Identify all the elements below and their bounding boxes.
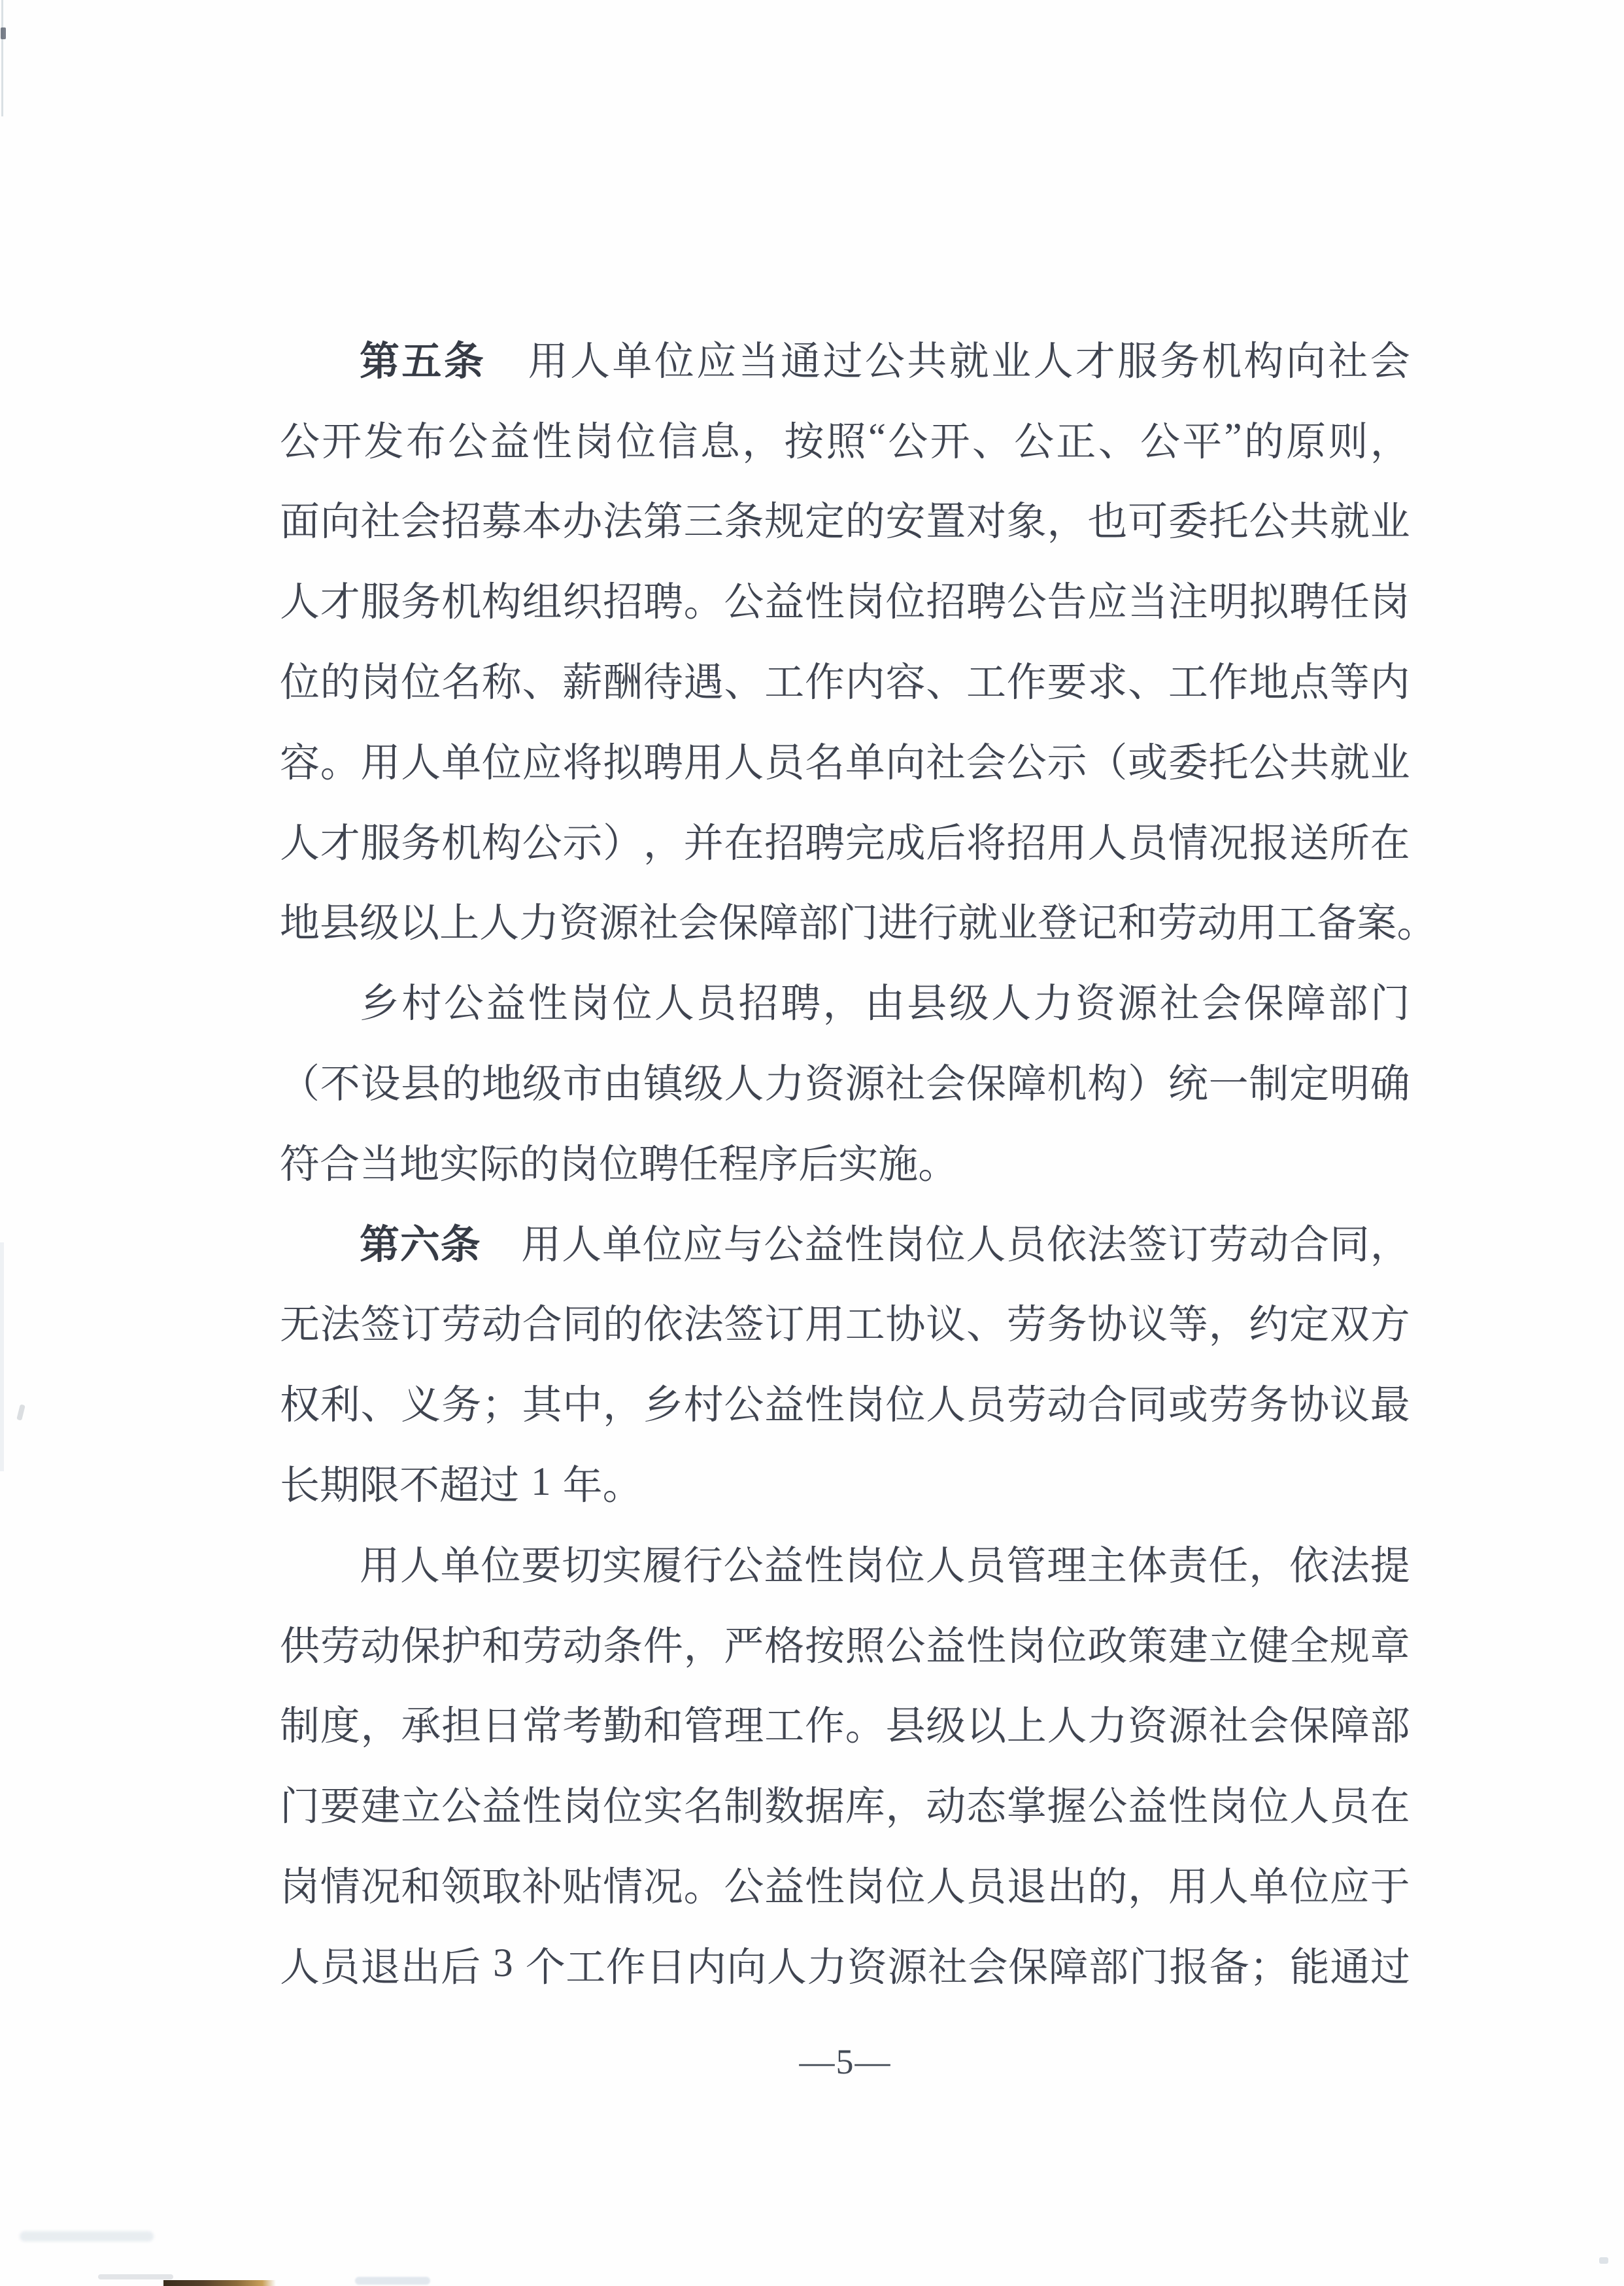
text-line: 岗情况和领取补贴情况。公益性岗位人员退出的，用人单位应于 [280,1843,1410,1924]
scan-artifact-bottom-marks [98,2274,173,2279]
scan-artifact-bottom-smudge [20,2231,154,2242]
text-line: 人员退出后3个工作日内向人力资源社会保障部门报备；能通过 [280,1924,1410,2004]
scan-artifact-right-tick [1599,2257,1608,2264]
text-line: 公开发布公益性岗位信息，按照“公开、公正、公平”的原则， [280,398,1410,479]
text-line: 权利、义务；其中，乡村公益性岗位人员劳动合同或劳务协议最 [280,1361,1410,1442]
text-line: 地县级以上人力资源社会保障部门进行就业登记和劳动用工备案。 [280,880,1410,961]
scan-artifact-bottom-smudge-2 [355,2277,430,2285]
text-line: 制度，承担日常考勤和管理工作。县级以上人力资源社会保障部 [280,1683,1410,1764]
scan-artifact-bottom-strip [163,2280,276,2286]
text-line: 第六条用人单位应与公益性岗位人员依法签订劳动合同， [280,1201,1410,1282]
document-body: 第五条用人单位应当通过公共就业人才服务机构向社会公开发布公益性岗位信息，按照“公… [280,318,1410,2004]
page-number: —5— [770,2041,921,2082]
scanned-document-page: 第五条用人单位应当通过公共就业人才服务机构向社会公开发布公益性岗位信息，按照“公… [0,0,1624,2286]
text-line: 人才服务机构公示），并在招聘完成后将招用人员情况报送所在 [280,800,1410,880]
text-line: 用人单位要切实履行公益性岗位人员管理主体责任，依法提 [280,1522,1410,1603]
text-line: 第五条用人单位应当通过公共就业人才服务机构向社会 [280,318,1410,398]
text-line: 无法签订劳动合同的依法签订用工协议、劳务协议等，约定双方 [280,1282,1410,1362]
scan-artifact-left-tick [16,1404,25,1420]
scan-artifact-topleft-line [1,0,3,116]
text-line: 供劳动保护和劳动条件，严格按照公益性岗位政策建立健全规章 [280,1603,1410,1683]
text-line: 长期限不超过1年。 [280,1442,1410,1522]
scan-artifact-left-strip [0,1242,4,1471]
scan-artifact-topleft-dash [1,27,6,39]
text-line: 容。用人单位应将拟聘用人员名单向社会公示（或委托公共就业 [280,719,1410,800]
text-line: 乡村公益性岗位人员招聘，由县级人力资源社会保障部门 [280,960,1410,1040]
text-line: 符合当地实际的岗位聘任程序后实施。 [280,1121,1410,1201]
text-line: （不设县的地级市由镇级人力资源社会保障机构）统一制定明确 [280,1040,1410,1121]
text-line: 位的岗位名称、薪酬待遇、工作内容、工作要求、工作地点等内 [280,639,1410,719]
text-line: 人才服务机构组织招聘。公益性岗位招聘公告应当注明拟聘任岗 [280,558,1410,639]
text-line: 门要建立公益性岗位实名制数据库，动态掌握公益性岗位人员在 [280,1763,1410,1843]
text-line: 面向社会招募本办法第三条规定的安置对象，也可委托公共就业 [280,479,1410,559]
